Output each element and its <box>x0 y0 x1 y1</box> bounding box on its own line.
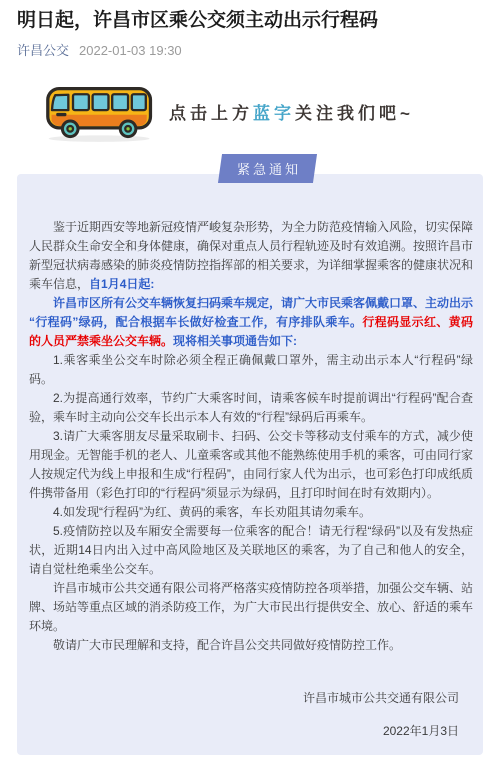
notice-paragraph-1: 鉴于近期西安等地新冠疫情严峻复杂形势，为全力防范疫情输入风险，切实保障人民群众生… <box>29 218 473 294</box>
badge-row: 紧急通知 <box>18 154 500 183</box>
notice-p2-blue2: 现将相关事项通告如下: <box>173 334 297 348</box>
publish-time: 2022-01-03 19:30 <box>79 43 182 58</box>
notice-badge-label: 紧急通知 <box>237 159 301 178</box>
notice-p1-highlight: 自1月4日起: <box>89 277 154 291</box>
notice-paragraph-9: 敬请广大市民理解和支持，配合许昌公交共同做好疫情防控工作。 <box>29 636 473 655</box>
notice-item-4: 4.如发现“行程码”为红、黄码的乘客，车长劝阻其请勿乘车。 <box>29 503 473 522</box>
signature-block: 许昌市城市公共交通有限公司 2022年1月3日 <box>29 689 473 741</box>
header-banner: 点击上方蓝字关注我们吧~ <box>45 80 500 144</box>
notice-item-3: 3.请广大乘客朋友尽量采取刷卡、扫码、公交卡等移动支付乘车的方式，减少使用现金。… <box>29 427 473 503</box>
signature-company: 许昌市城市公共交通有限公司 <box>29 689 459 708</box>
notice-item-2: 2.为提高通行效率，节约广大乘客时间，请乘客候车时提前调出“行程码”配合查验，乘… <box>29 389 473 427</box>
banner-slogan: 点击上方蓝字关注我们吧~ <box>169 99 414 124</box>
bus-icon <box>45 81 157 143</box>
notice-box: 鉴于近期西安等地新冠疫情严峻复杂形势，为全力防范疫情输入风险，切实保障人民群众生… <box>17 174 483 755</box>
byline: 许昌公交2022-01-03 19:30 <box>17 42 483 60</box>
banner-text-prefix: 点击上方 <box>169 104 253 123</box>
notice-paragraph-8: 许昌市城市公共交通有限公司将严格落实疫情防控各项举措，加强公交车辆、站牌、场站等… <box>29 579 473 636</box>
account-name[interactable]: 许昌公交 <box>17 43 69 58</box>
banner-text-highlight[interactable]: 蓝字 <box>253 104 295 123</box>
banner-text-suffix: 关注我们吧~ <box>295 104 414 123</box>
article-page: 明日起，许昌市区乘公交须主动出示行程码 许昌公交2022-01-03 19:30… <box>0 0 500 757</box>
notice-item-1: 1.乘客乘坐公交车时除必须全程正确佩戴口罩外，需主动出示本人“行程码”绿码。 <box>29 351 473 389</box>
page-title: 明日起，许昌市区乘公交须主动出示行程码 <box>17 8 483 34</box>
notice-paragraph-2: 许昌市区所有公交车辆恢复扫码乘车规定，请广大市民乘客佩戴口罩、主动出示“行程码”… <box>29 294 473 351</box>
signature-date: 2022年1月3日 <box>29 722 459 741</box>
notice-badge: 紧急通知 <box>218 154 317 183</box>
notice-item-5: 5.疫情防控以及车厢安全需要每一位乘客的配合！请无行程“绿码”以及有发热症状，近… <box>29 522 473 579</box>
